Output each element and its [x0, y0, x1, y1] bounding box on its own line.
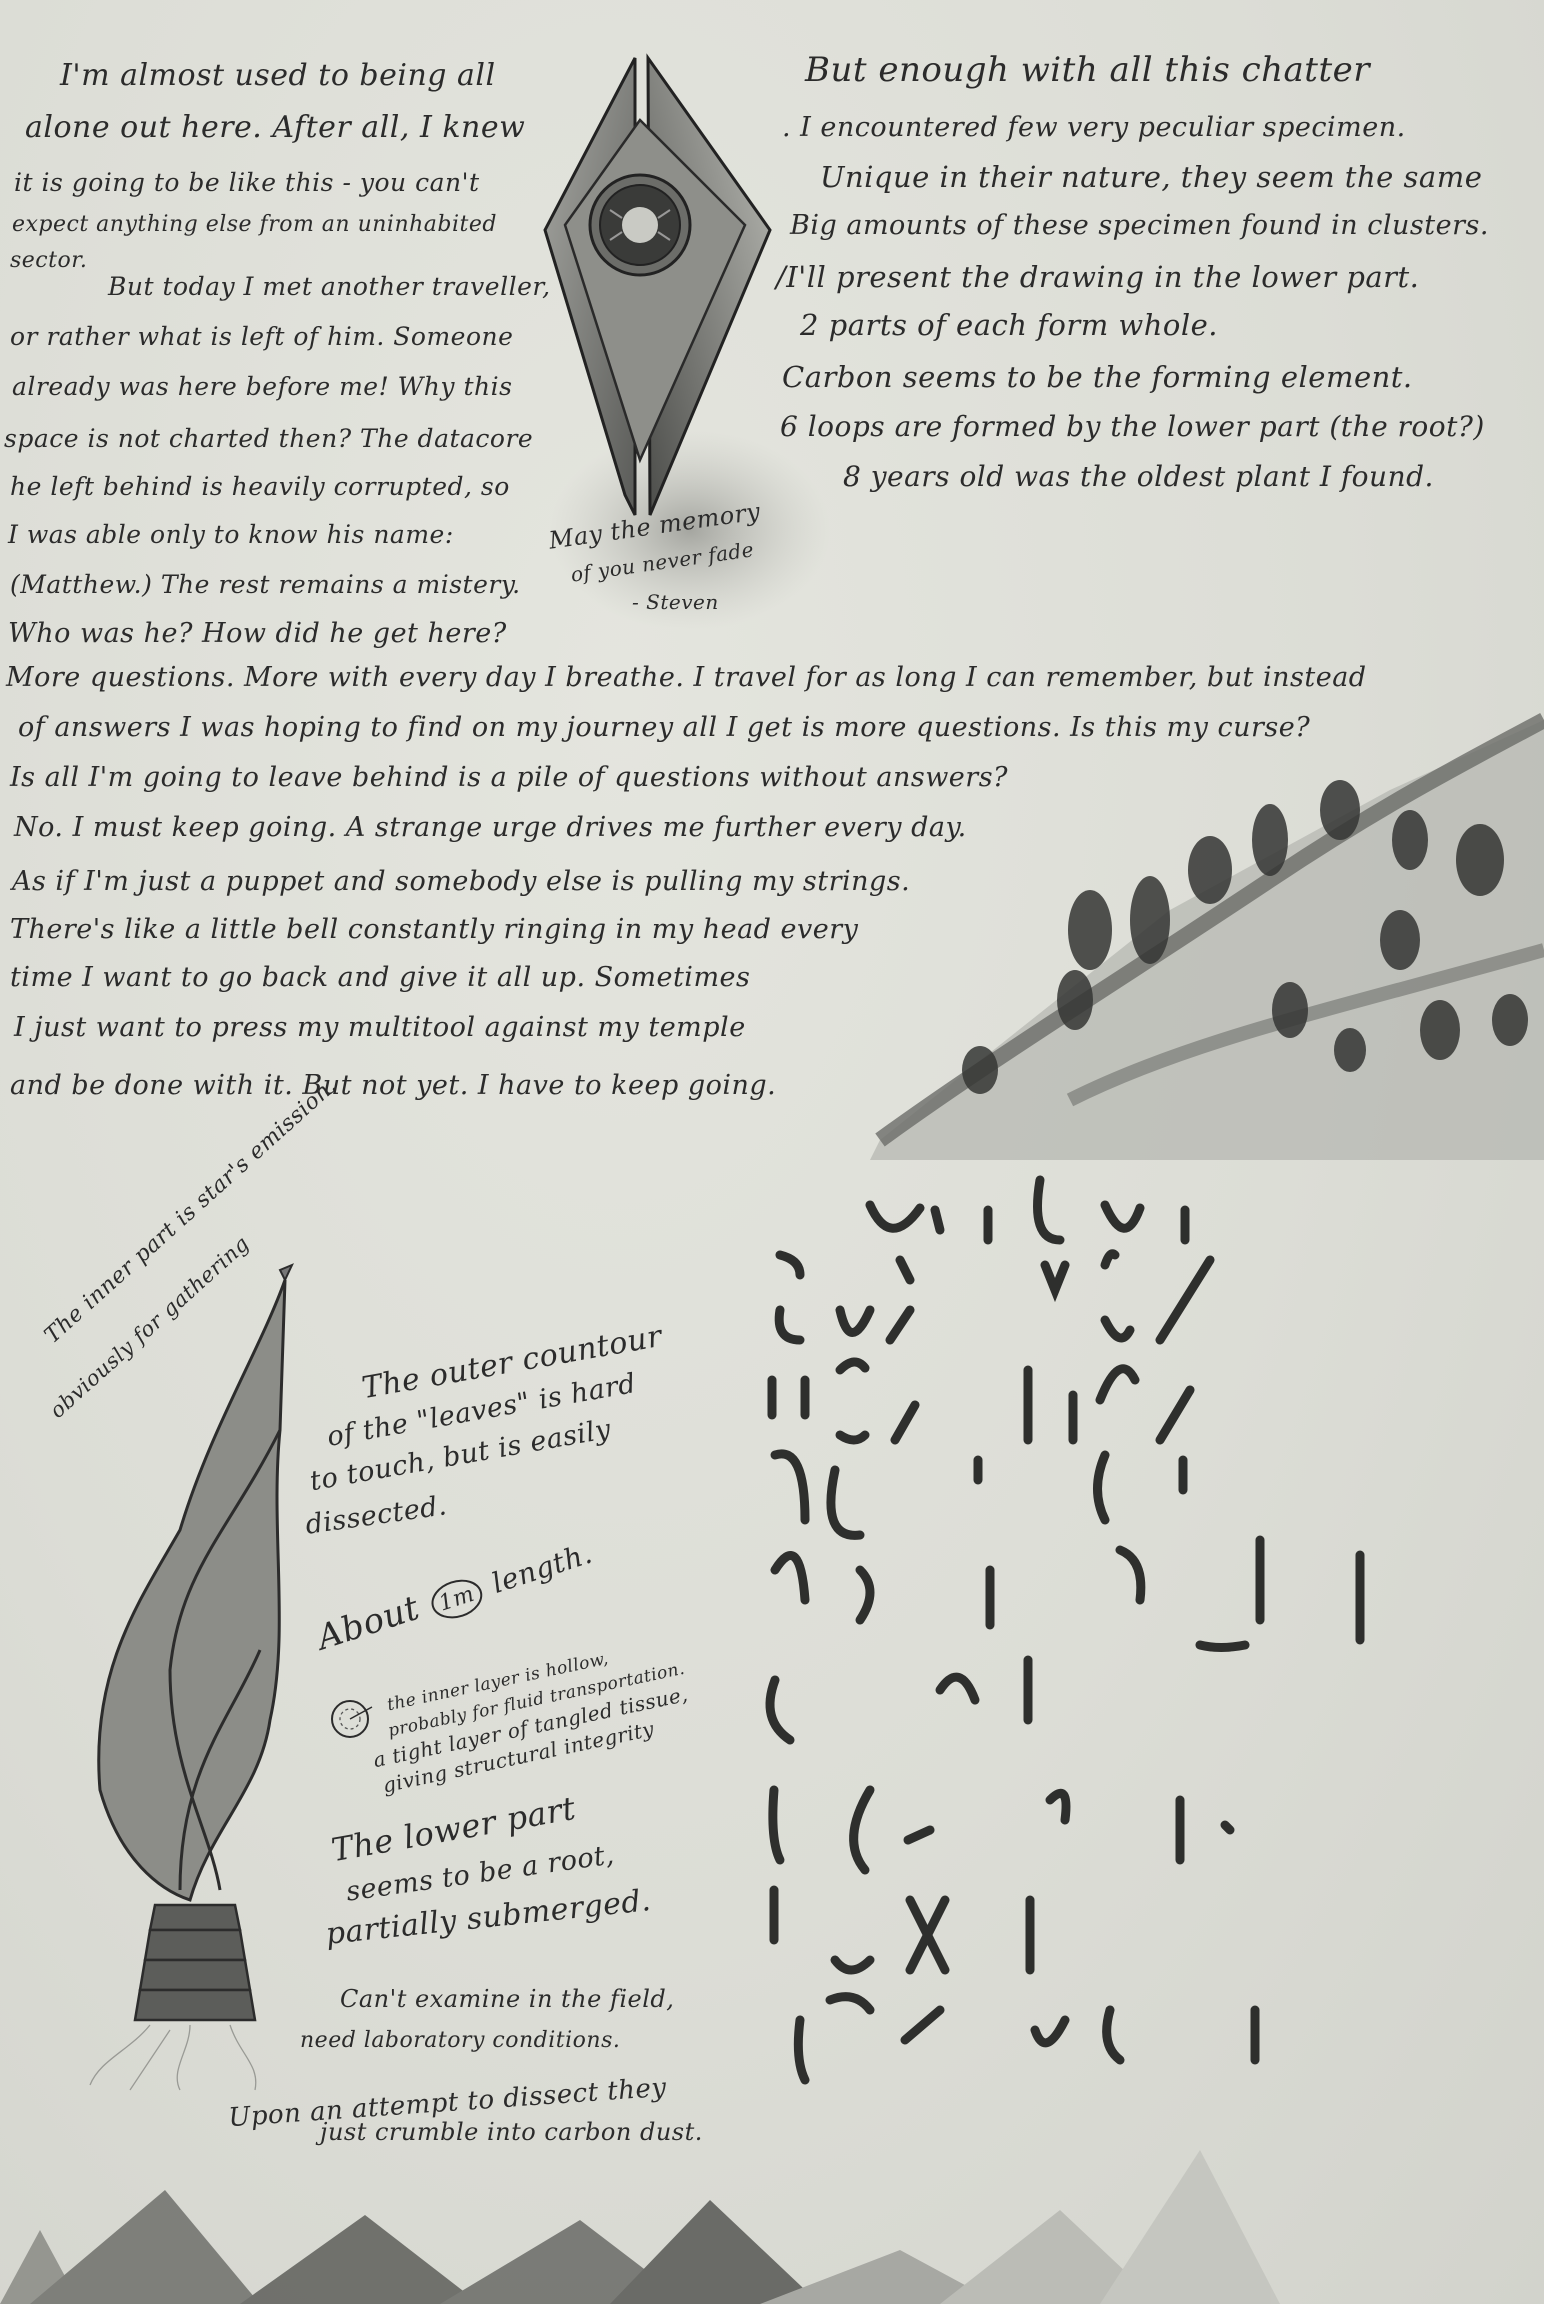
entry-line: alone out here. After all, I knew [25, 110, 525, 145]
length-prefix: About [312, 1588, 424, 1658]
entry-line: expect anything else from an uninhabited [12, 212, 497, 237]
annotation-length: About 1m length. [312, 1532, 597, 1661]
notes-line: Big amounts of these specimen found in c… [790, 210, 1489, 241]
journal-page: I'm almost used to being all alone out h… [0, 0, 1544, 2304]
entry-line: No. I must keep going. A strange urge dr… [14, 812, 967, 843]
entry-line: As if I'm just a puppet and somebody els… [12, 866, 910, 897]
notes-line: . I encountered few very peculiar specim… [782, 112, 1406, 143]
entry-line: More questions. More with every day I br… [6, 662, 1367, 693]
alien-glyph-pattern [760, 1140, 1544, 2060]
annotation-field-note: need laboratory conditions. [300, 2028, 620, 2053]
twisted-plant-sketch [60, 1270, 320, 2090]
notes-line: /I'll present the drawing in the lower p… [776, 260, 1419, 294]
entry-line: There's like a little bell constantly ri… [10, 914, 858, 945]
memorial-signature: - Steven [632, 590, 719, 614]
annotation-outer-contour: dissected. [304, 1490, 449, 1541]
entry-line: it is going to be like this - you can't [14, 168, 480, 197]
notes-line: Unique in their nature, they seem the sa… [820, 160, 1482, 194]
entry-line: I'm almost used to being all [60, 58, 496, 93]
notes-line: 6 loops are formed by the lower part (th… [780, 410, 1485, 443]
entry-line: Who was he? How did he get here? [8, 618, 507, 649]
forested-mountain-sketch [870, 720, 1544, 1160]
entry-line-matthew: (Matthew.) The rest remains a mistery. [10, 570, 521, 599]
annotation-field-note: Can't examine in the field, [340, 1985, 674, 2013]
misty-peaks-sketch [0, 2130, 1544, 2304]
entry-line: and be done with it. But not yet. I have… [10, 1070, 776, 1101]
notes-line: 8 years old was the oldest plant I found… [843, 460, 1434, 493]
length-value: 1m [426, 1573, 487, 1624]
cross-section-icon [328, 1697, 372, 1745]
length-suffix: length. [488, 1537, 596, 1600]
entry-line: or rather what is left of him. Someone [10, 322, 513, 351]
entry-line: I was able only to know his name: [8, 520, 454, 549]
notes-line: 2 parts of each form whole. [800, 308, 1218, 342]
entry-line: I just want to press my multitool agains… [14, 1012, 746, 1043]
entry-line: sector. [10, 248, 87, 273]
entry-line: already was here before me! Why this [12, 372, 512, 401]
entry-line: space is not charted then? The datacore [4, 424, 533, 453]
entry-line: Is all I'm going to leave behind is a pi… [10, 762, 1008, 793]
notes-line: Carbon seems to be the forming element. [782, 360, 1413, 394]
entry-line: But today I met another traveller, [108, 272, 551, 301]
entry-line: time I want to go back and give it all u… [10, 962, 750, 993]
entry-line: he left behind is heavily corrupted, so [10, 472, 510, 501]
notes-heading: But enough with all this chatter [805, 50, 1370, 90]
